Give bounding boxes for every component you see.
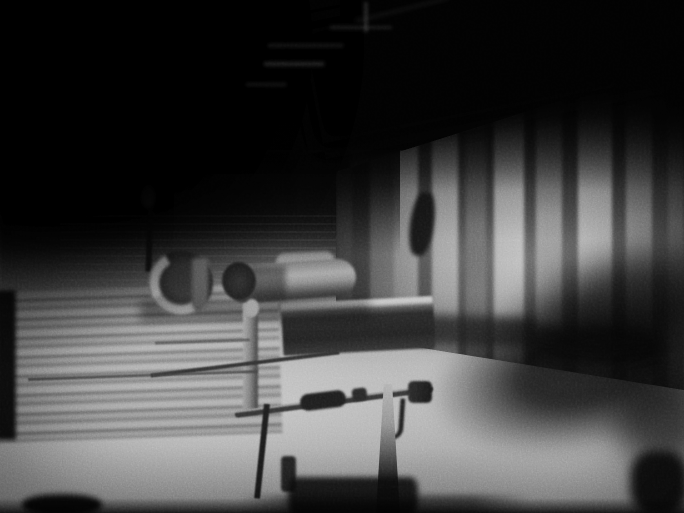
frame-vignette xyxy=(0,0,684,513)
archival-film-still: Grainy monochrome film frame of a dim in… xyxy=(0,0,684,513)
